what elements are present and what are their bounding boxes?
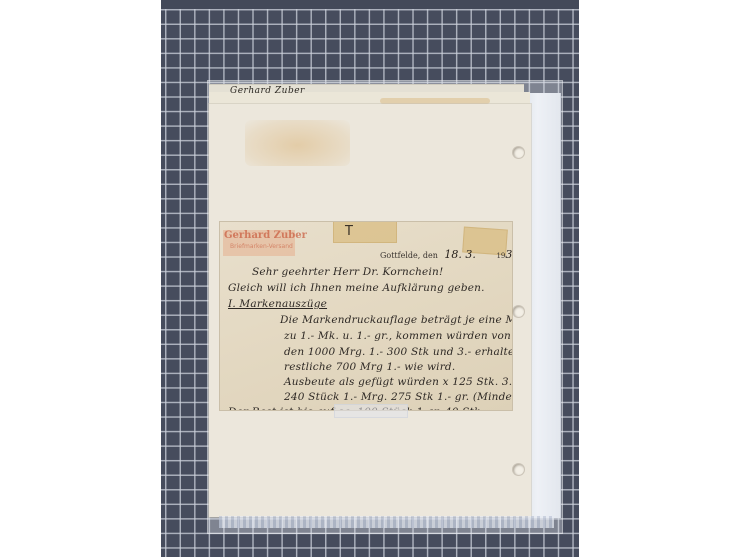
punch-hole-bottom	[513, 464, 524, 475]
letter-line-8: Ausbeute als gefügt würden x 125 Stk. 3.	[284, 376, 512, 388]
letter-line-1: Sehr geehrter Herr Dr. Kornchein!	[252, 266, 443, 278]
dateline-date: 18. 3.	[444, 248, 476, 261]
tape-top	[333, 222, 397, 243]
punch-hole-top	[513, 147, 524, 158]
letter-line-5: zu 1.- Mk. u. 1.- gr., kommen würden von	[284, 330, 511, 342]
dateline-year: 39.	[505, 248, 512, 261]
mat-top-edge	[161, 0, 579, 9]
pin-icon: T	[345, 225, 353, 238]
sleeve-seal-edge	[219, 516, 554, 528]
punch-hole-middle	[513, 306, 524, 317]
back-sheet-label: Gerhard Zuber	[230, 86, 305, 96]
letter-line-2: Gleich will ich Ihnen meine Aufklärung g…	[228, 282, 485, 294]
page-stain	[245, 120, 350, 166]
letterhead-subtitle: Briefmarken-Versand	[230, 243, 293, 250]
letter-line-6: den 1000 Mrg. 1.- 300 Stk und 3.- erhalt…	[284, 346, 512, 358]
letter-line-7: restliche 700 Mrg 1.- wie wird.	[284, 361, 455, 373]
letter-line-4: Die Markendruckauflage beträgt je eine M…	[280, 314, 512, 326]
dateline-place: Gottfelde, den	[380, 251, 438, 260]
handwritten-letter: Gerhard Zuber Briefmarken-Versand T Gott…	[220, 222, 512, 410]
letter-line-3: I. Markenauszüge	[228, 298, 327, 310]
letterhead-name: Gerhard Zuber	[224, 230, 307, 241]
letter-line-9: 240 Stück 1.- Mrg. 275 Stk 1.- gr. (Mind…	[284, 391, 512, 403]
dateline: Gottfelde, den 18. 3. 1939.	[380, 248, 512, 261]
tape-bottom	[334, 404, 408, 418]
